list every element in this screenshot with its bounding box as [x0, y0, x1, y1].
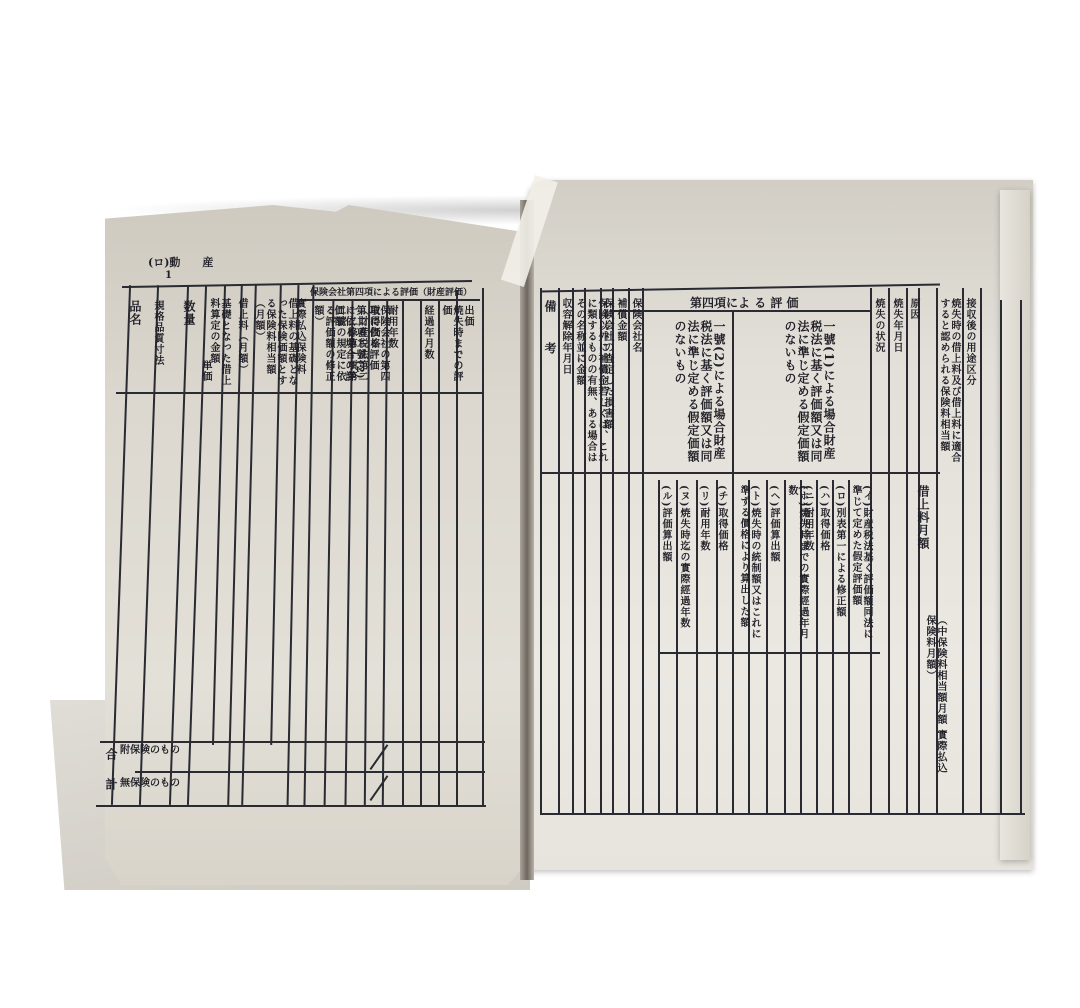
- col-header-remarks: 備考: [543, 300, 556, 460]
- lower-items-bottom: [660, 652, 880, 654]
- col-header-output-value: 出価: [462, 305, 473, 390]
- col-header-compensation: 補償金額: [615, 298, 626, 468]
- lower-item-2: (ロ)別表第一による修正額: [834, 485, 845, 645]
- lower-item-1: (イ)財産税法基く評価額同法に準じて定めた假定評価額: [850, 485, 872, 645]
- section4-item-2: 一號(2)による場合財産税法に基く評価額又は同法に準じ定める假定価額のないもの: [680, 320, 725, 470]
- right-page: [528, 180, 1033, 870]
- bracket-header: 保険会社第四項による評価（財産評価）: [310, 288, 472, 299]
- section4-item-1: 一號(1)による場合財産税法に基く評価額又は同法に準じ定める假定価額のないもの: [790, 320, 835, 470]
- lower-item-11: (ル)評価算出額: [660, 485, 671, 645]
- lower-item-3: (ハ)取得価格: [818, 485, 829, 645]
- totals-top-line: [100, 741, 485, 743]
- right-page-edge: [1000, 190, 1030, 860]
- col-header-useful-life: 耐用年数: [386, 305, 397, 390]
- section4-title: 第四項によ る 評 価: [690, 294, 799, 311]
- totals-label: 合計: [104, 748, 117, 808]
- col-header-quantity: 数量: [182, 300, 195, 370]
- totals-insured: 附保険のもの: [120, 745, 180, 756]
- book-spine: [520, 200, 534, 880]
- lower-item-6: (ヘ)評価算出額: [768, 485, 779, 645]
- header-bottom-line: [116, 392, 484, 394]
- lower-item-8: (チ)取得価格: [716, 485, 727, 645]
- col-header-elapsed: 経過年月数: [422, 305, 433, 390]
- col-header-rent-monthly: 借上料（月額）: [236, 298, 247, 388]
- col-header-item-name: 品名: [128, 300, 141, 380]
- bracket-line: [300, 299, 480, 301]
- rent-label: 借上料月額: [916, 485, 929, 575]
- col-header-cause: 原因: [908, 298, 919, 468]
- lower-item-5: (ホ)焼失時までの實際經過年月数: [786, 485, 808, 645]
- col-header-acquisition: 取得価格: [368, 305, 379, 390]
- totals-uninsured: 無保険のもの: [120, 778, 180, 789]
- col-header-insurer: 保険会社名: [630, 298, 641, 468]
- lower-item-9: (リ)耐用年数: [698, 485, 709, 645]
- col-header-burn-date: 焼失年月日: [891, 298, 902, 468]
- col-header-insurance-equivalent: 借上料の基礎となった保険価額とする保険料相当額（月額）: [253, 298, 297, 388]
- col-header-release-date: 収容解除年月日: [560, 298, 571, 468]
- col-header-until-burn: 焼失時までの評価: [440, 305, 462, 390]
- col-header-basis-amount: 基礎となった借上料算定の金額: [208, 298, 230, 388]
- col-header-usage-class: 接収後の用途区分: [964, 298, 975, 468]
- col-header-spec: 規格品質寸法: [152, 300, 163, 380]
- section-label: (ロ)動 産: [148, 254, 213, 270]
- lower-item-10: (ヌ)焼失時迄の實際經過年数: [678, 485, 689, 645]
- lower-item-7: (ト)焼失時の統制額又はこれに準ずる價格により算出した額: [734, 485, 760, 645]
- right-frame-bottom: [540, 813, 1025, 815]
- rent-bracket: （中保険料相当額月額 實際払込保険料月額）: [916, 615, 946, 775]
- totals-bottom-line: [96, 805, 486, 807]
- col-header-actual-premium: 實際払込保険料: [294, 298, 305, 388]
- col-header-item2-eval: 第二項二號(2)に依る場合の評価額: [332, 305, 365, 390]
- col-header-rent-insurance: 焼失時の借上料及び借上料に適合すると認められる保険料相当額: [938, 298, 960, 468]
- col-header-burn-status: 焼失の状況: [873, 298, 884, 468]
- section-sub: 1: [165, 270, 172, 281]
- col-header-assessed-damage: 保険会社の査定した損害額: [602, 298, 613, 468]
